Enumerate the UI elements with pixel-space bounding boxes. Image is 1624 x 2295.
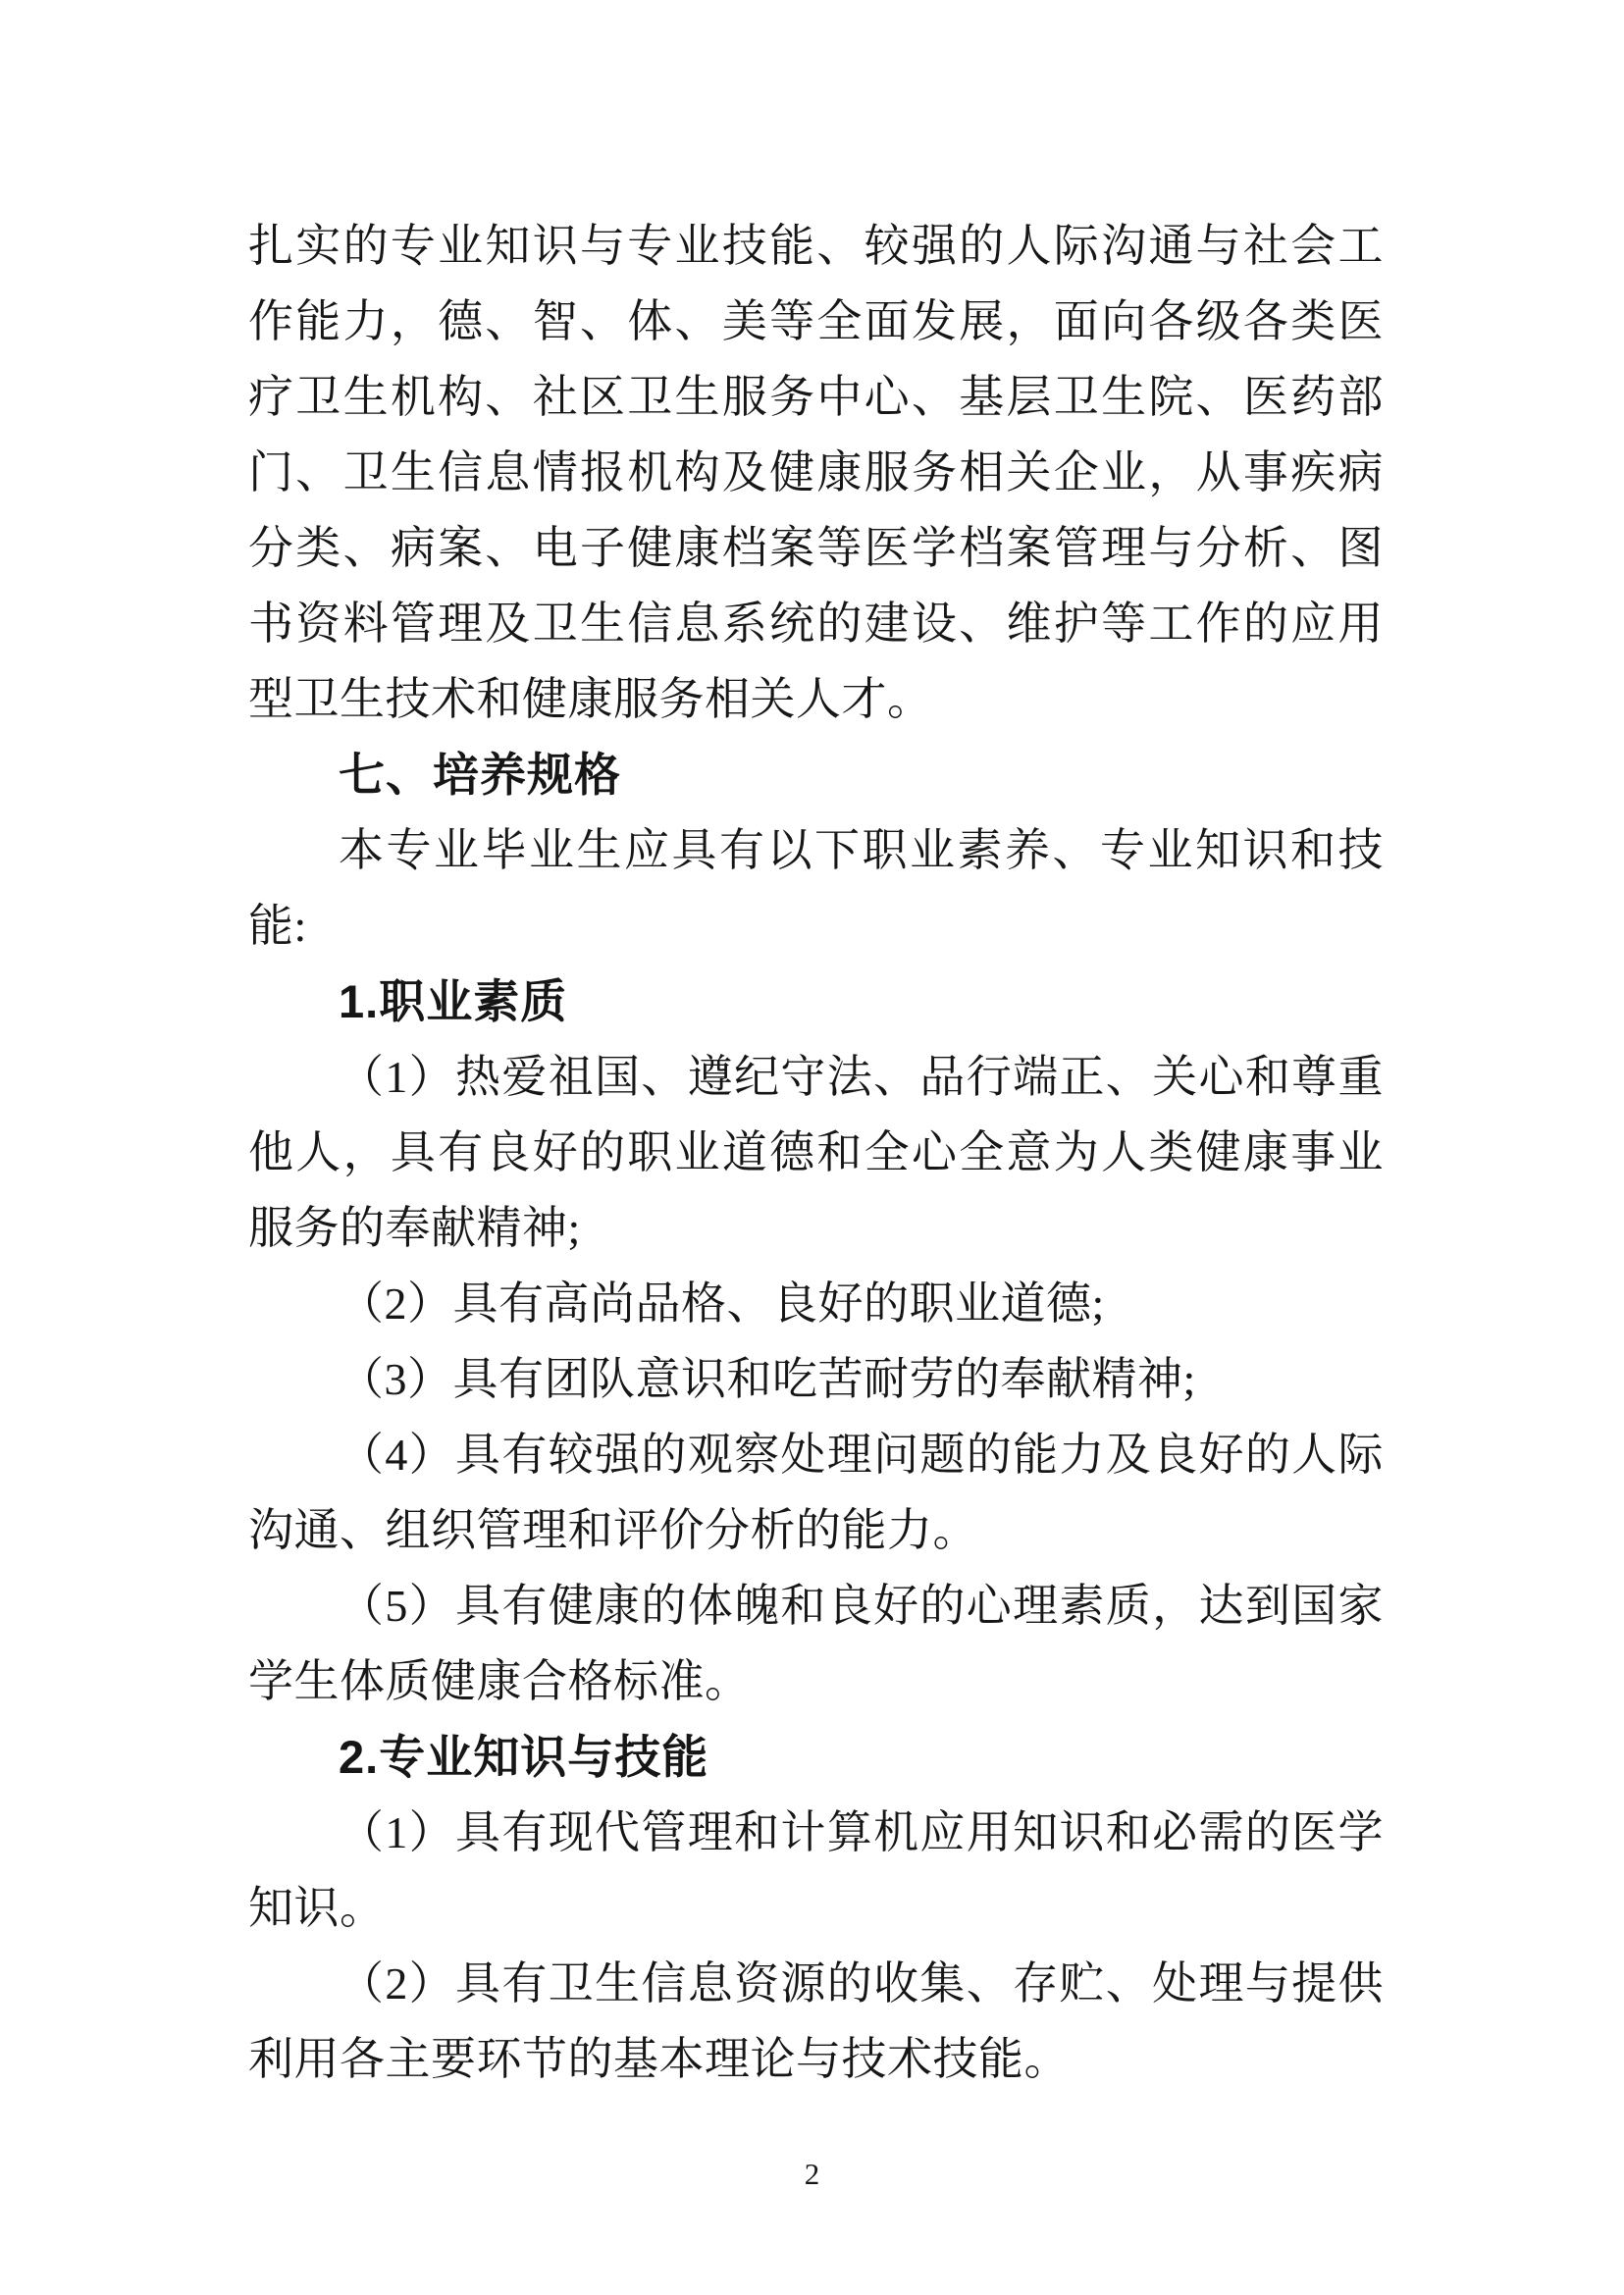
paragraph-quality-item-4: （4）具有较强的观察处理问题的能力及良好的人际沟通、组织管理和评价分析的能力。 xyxy=(248,1417,1384,1568)
paragraph-quality-item-2: （2）具有高尚品格、良好的职业道德; xyxy=(248,1266,1384,1341)
page-number: 2 xyxy=(0,2156,1624,2193)
subsection-heading-professional-quality: 1.职业素质 xyxy=(248,964,1384,1039)
section-heading-training-specifications: 七、培养规格 xyxy=(248,737,1384,812)
document-page: 扎实的专业知识与专业技能、较强的人际沟通与社会工作能力，德、智、体、美等全面发展… xyxy=(0,0,1624,2295)
paragraph-knowledge-item-2: （2）具有卫生信息资源的收集、存贮、处理与提供利用各主要环节的基本理论与技术技能… xyxy=(248,1946,1384,2097)
document-body: 扎实的专业知识与专业技能、较强的人际沟通与社会工作能力，德、智、体、美等全面发展… xyxy=(248,208,1384,2097)
paragraph-training-objective-continuation: 扎实的专业知识与专业技能、较强的人际沟通与社会工作能力，德、智、体、美等全面发展… xyxy=(248,208,1384,737)
subsection-heading-professional-knowledge-skills: 2.专业知识与技能 xyxy=(248,1719,1384,1795)
paragraph-graduate-requirements-intro: 本专业毕业生应具有以下职业素养、专业知识和技能: xyxy=(248,812,1384,964)
paragraph-quality-item-1: （1）热爱祖国、遵纪守法、品行端正、关心和尊重他人，具有良好的职业道德和全心全意… xyxy=(248,1039,1384,1266)
paragraph-quality-item-3: （3）具有团队意识和吃苦耐劳的奉献精神; xyxy=(248,1341,1384,1417)
paragraph-quality-item-5: （5）具有健康的体魄和良好的心理素质，达到国家学生体质健康合格标准。 xyxy=(248,1568,1384,1719)
paragraph-knowledge-item-1: （1）具有现代管理和计算机应用知识和必需的医学知识。 xyxy=(248,1795,1384,1946)
